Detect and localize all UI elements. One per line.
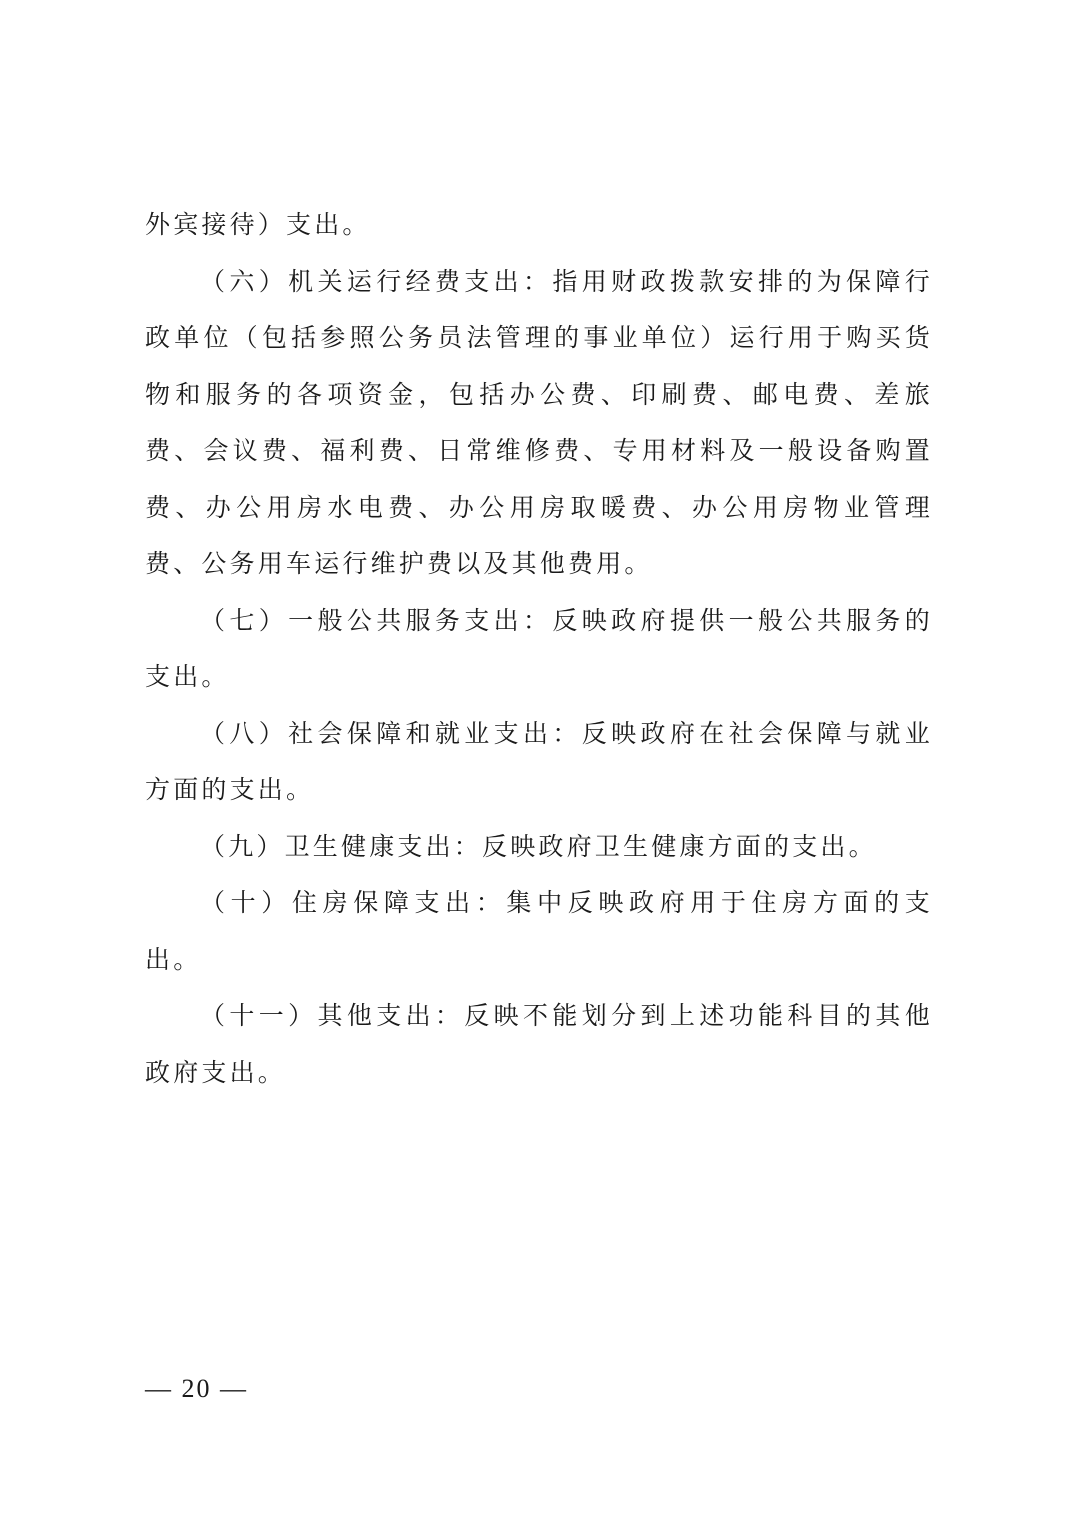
paragraph-item-11-other: （十一）其他支出：反映不能划分到上述功能科目的其他政府支出。 <box>145 988 933 1101</box>
document-body: 外宾接待）支出。 （六）机关运行经费支出：指用财政拨款安排的为保障行政单位（包括… <box>145 197 933 1101</box>
page-number: — 20 — <box>145 1374 248 1404</box>
paragraph-item-7-public-services: （七）一般公共服务支出：反映政府提供一般公共服务的支出。 <box>145 593 933 706</box>
document-page: 外宾接待）支出。 （六）机关运行经费支出：指用财政拨款安排的为保障行政单位（包括… <box>0 0 1074 1520</box>
paragraph-item-8-social-security: （八）社会保障和就业支出：反映政府在社会保障与就业方面的支出。 <box>145 706 933 819</box>
paragraph-item-6-operating-expenses: （六）机关运行经费支出：指用财政拨款安排的为保障行政单位（包括参照公务员法管理的… <box>145 254 933 593</box>
paragraph-item-9-health: （九）卫生健康支出：反映政府卫生健康方面的支出。 <box>145 819 933 876</box>
paragraph-continuation: 外宾接待）支出。 <box>145 197 933 254</box>
paragraph-item-10-housing: （十）住房保障支出：集中反映政府用于住房方面的支出。 <box>145 875 933 988</box>
